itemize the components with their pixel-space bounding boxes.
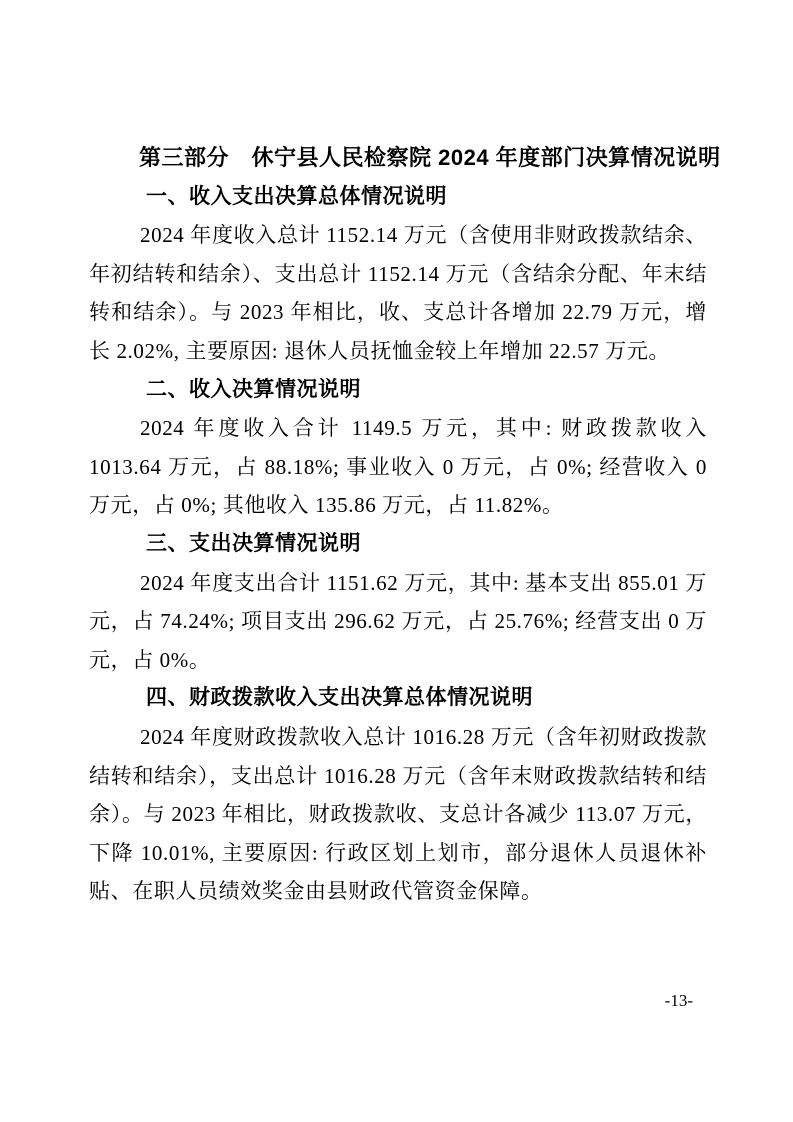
section-body-expenditure-detail: 2024 年度支出合计 1151.62 万元，其中: 基本支出 855.01 万… — [89, 564, 707, 680]
section-body-fiscal-appropriation-overview: 2024 年度财政拨款收入总计 1016.28 万元（含年初财政拨款结转和结余）… — [89, 718, 707, 911]
section-heading-fiscal-appropriation-overview: 四、财政拨款收入支出决算总体情况说明 — [89, 679, 707, 718]
document-content: 第三部分 休宁县人民检察院 2024 年度部门决算情况说明 一、收入支出决算总体… — [89, 139, 707, 911]
document-title: 第三部分 休宁县人民检察院 2024 年度部门决算情况说明 — [89, 139, 707, 178]
page-number: -13- — [665, 990, 693, 1012]
document-page: 第三部分 休宁县人民检察院 2024 年度部门决算情况说明 一、收入支出决算总体… — [0, 0, 793, 1122]
section-heading-income-detail: 二、收入决算情况说明 — [89, 371, 707, 410]
section-heading-income-expenditure-overview: 一、收入支出决算总体情况说明 — [89, 178, 707, 217]
section-body-income-detail: 2024 年度收入合计 1149.5 万元，其中: 财政拨款收入 1013.64… — [89, 409, 707, 525]
section-body-income-expenditure-overview: 2024 年度收入总计 1152.14 万元（含使用非财政拨款结余、年初结转和结… — [89, 216, 707, 370]
section-heading-expenditure-detail: 三、支出决算情况说明 — [89, 525, 707, 564]
